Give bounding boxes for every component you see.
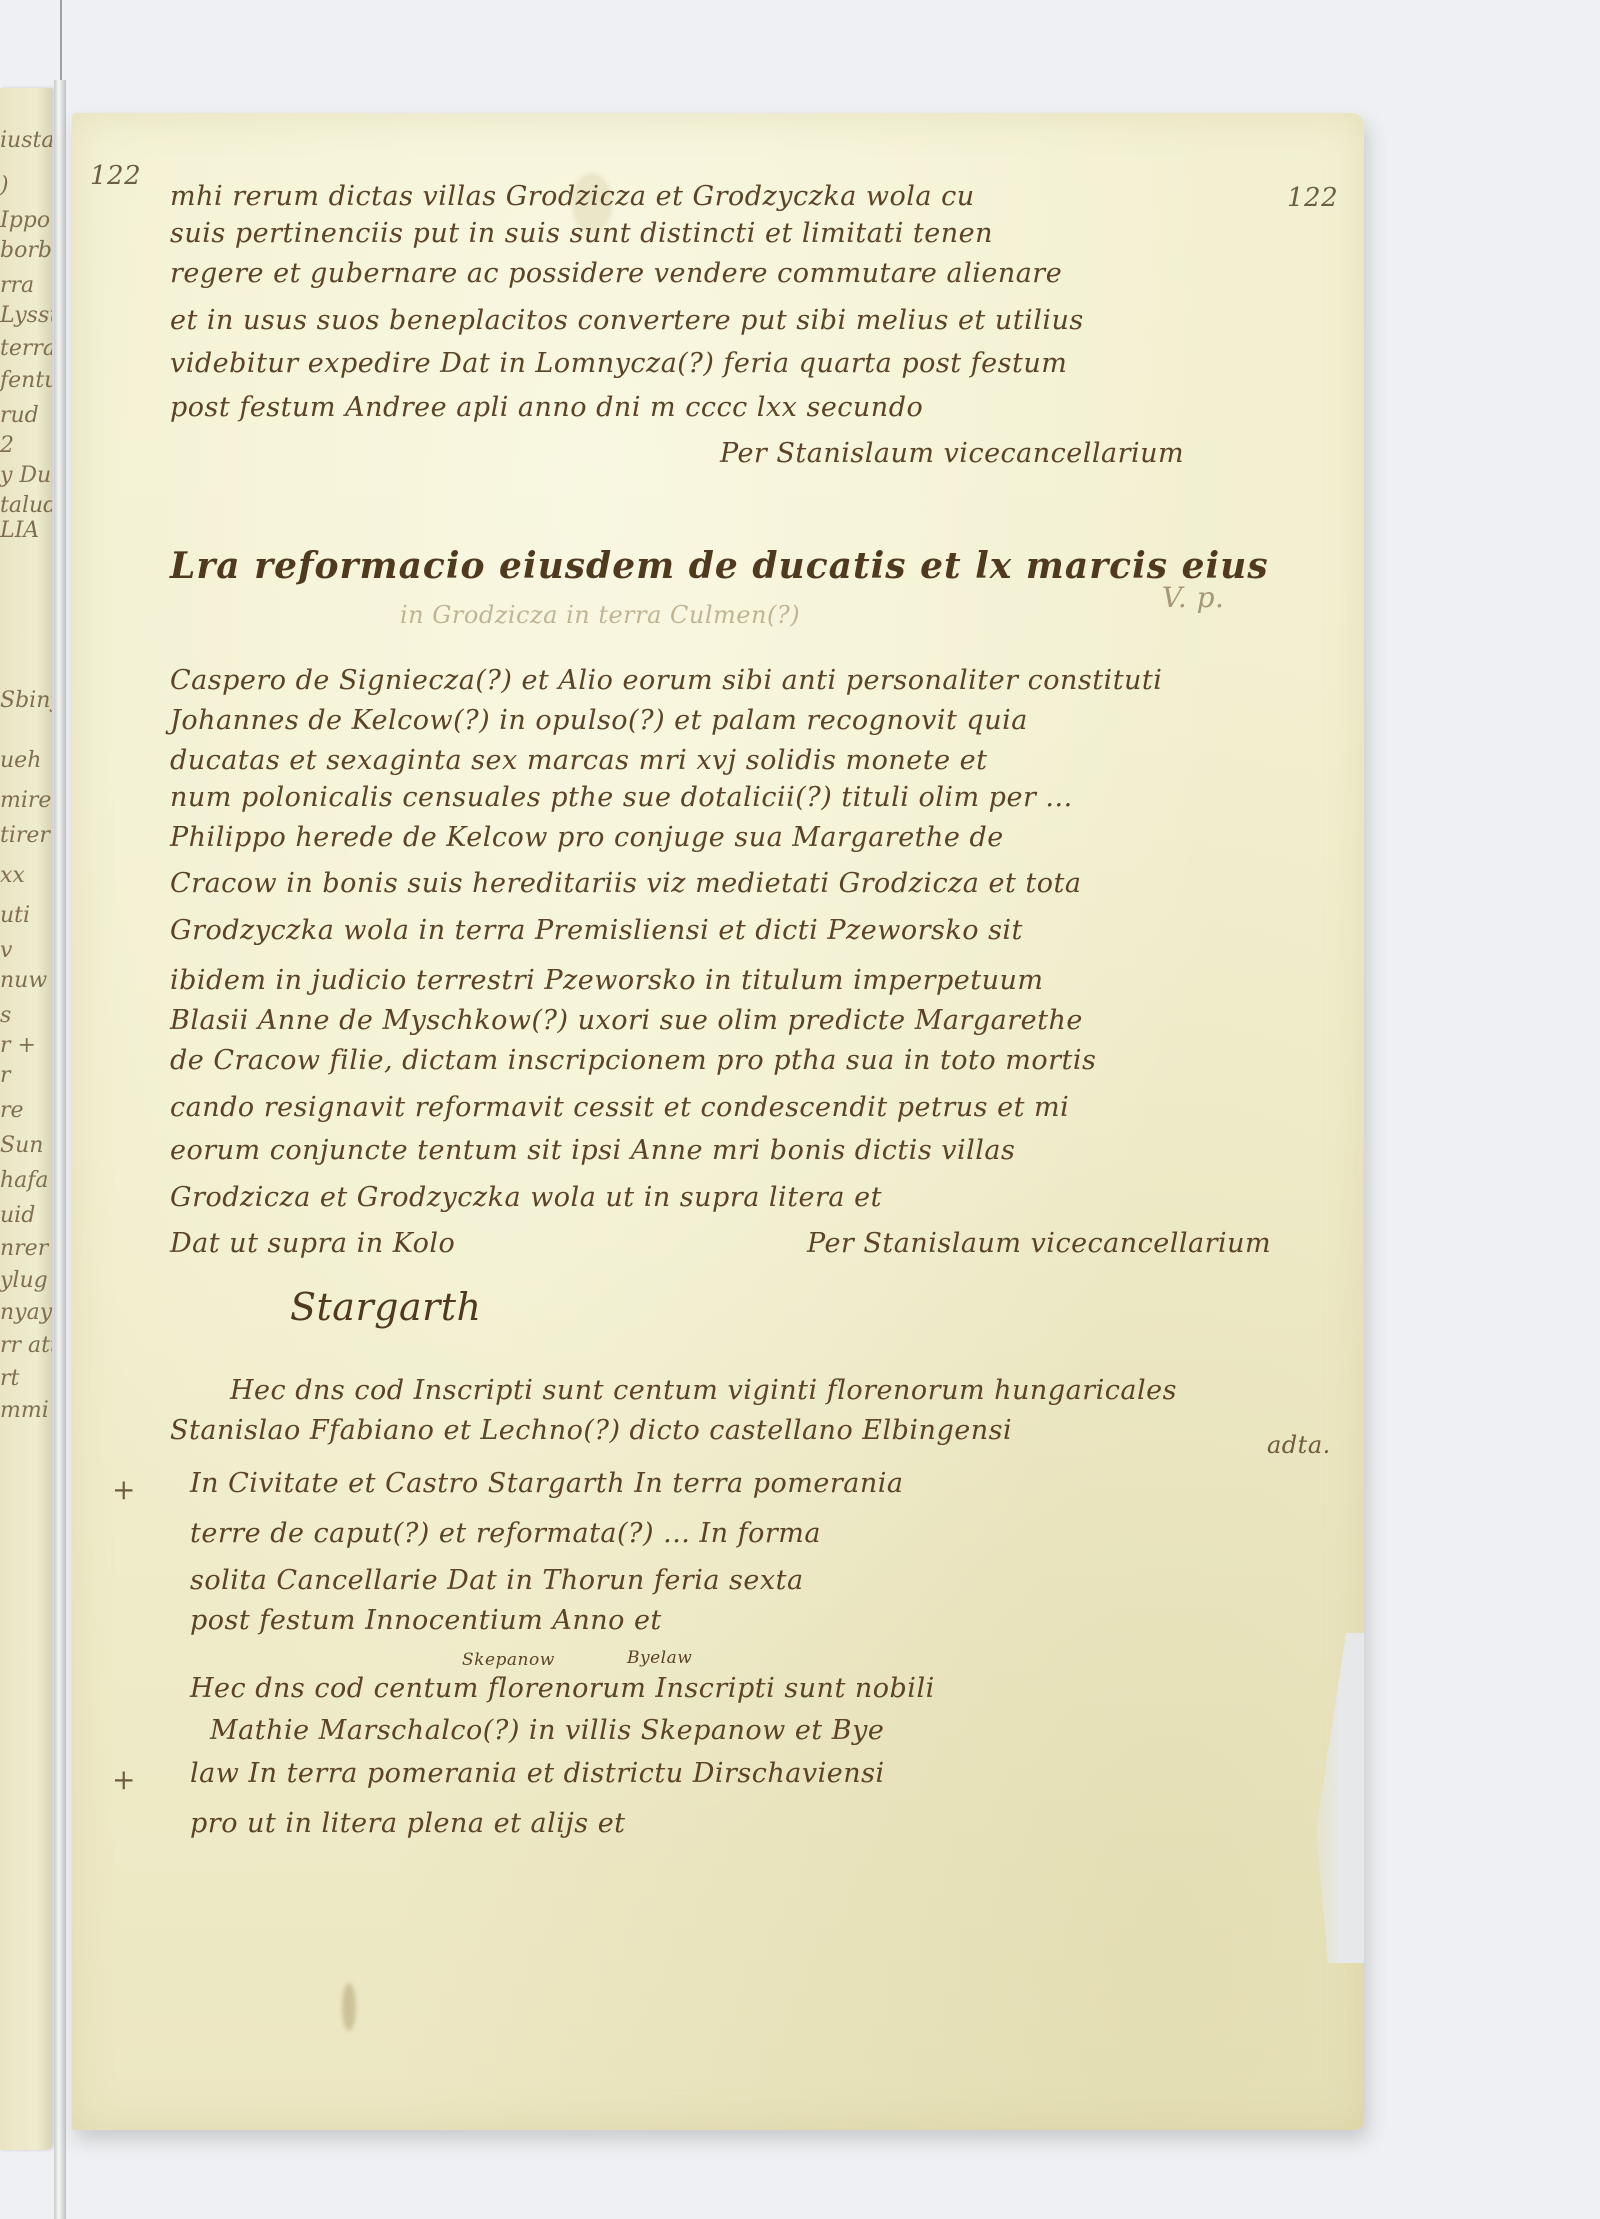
text-line: Stanislao Ffabiano et Lechno(?) dicto ca…	[170, 1415, 1012, 1446]
text-line: regere et gubernare ac possidere vendere…	[170, 258, 1062, 289]
facing-text: hafa	[0, 1168, 49, 1193]
facing-text: ylug	[0, 1268, 48, 1293]
facing-text: mmi	[0, 1398, 49, 1423]
text-line: cando resignavit reformavit cessit et co…	[170, 1092, 1069, 1123]
text-line: Caspero de Signiecza(?) et Alio eorum si…	[170, 665, 1162, 696]
facing-text: rud	[0, 403, 39, 428]
book-gutter	[54, 80, 66, 2219]
entry-heading: Lra reformacio eiusdem de ducatis et lx …	[170, 545, 1269, 587]
text-line: Cracow in bonis suis hereditariis viz me…	[170, 868, 1081, 899]
text-line: ibidem in judicio terrestri Pzeworsko in…	[170, 965, 1043, 996]
manuscript-folio: 122 122 mhi rerum dictas villas Grodzicz…	[72, 113, 1364, 2130]
facing-text: tirer	[0, 823, 50, 848]
facing-text: fentu	[0, 368, 52, 393]
facing-text: s	[0, 1003, 11, 1028]
dating-clause: Dat ut supra in Kolo	[170, 1228, 455, 1259]
text-line: Hec dns cod centum florenorum Inscripti …	[190, 1673, 935, 1704]
text-line: post festum Innocentium Anno et	[190, 1605, 662, 1636]
text-line: terre de caput(?) et reformata(?) ... In…	[190, 1518, 821, 1549]
facing-text: v	[0, 938, 12, 963]
text-line: Hec dns cod Inscripti sunt centum vigint…	[230, 1375, 1177, 1406]
facing-text: terra	[0, 336, 52, 361]
text-line: suis pertinenciis put in suis sunt disti…	[170, 218, 993, 249]
folio-number-left: 122	[90, 161, 141, 191]
text-line: Grodzyczka wola in terra Premisliensi et…	[170, 915, 1023, 946]
facing-text: talud	[0, 493, 52, 518]
margin-cross: +	[112, 1763, 136, 1796]
text-line: Johannes de Kelcow(?) in opulso(?) et pa…	[170, 705, 1028, 736]
facing-text: xx	[0, 863, 25, 888]
facing-text: re	[0, 1098, 24, 1123]
text-line: et in usus suos beneplacitos convertere …	[170, 305, 1084, 336]
text-line: Philippo herede de Kelcow pro conjuge su…	[170, 822, 1004, 853]
facing-text: Lyssu	[0, 303, 52, 328]
margin-note: adta.	[1267, 1431, 1331, 1459]
text-line: solita Cancellarie Dat in Thorun feria s…	[190, 1565, 804, 1596]
text-line: pro ut in litera plena et alijs et	[190, 1808, 626, 1839]
signature: Per Stanislaum vicecancellarium	[720, 438, 1184, 469]
facing-text: ueh	[0, 748, 41, 773]
facing-text: r	[0, 1063, 11, 1088]
ink-stain	[342, 1983, 356, 2031]
facing-text: nuw	[0, 968, 47, 993]
place-heading: Stargarth	[290, 1285, 482, 1329]
facing-text: LIA	[0, 518, 39, 543]
facing-text: nrer	[0, 1236, 48, 1261]
facing-text: nyay	[0, 1300, 52, 1325]
facing-text: uid	[0, 1203, 35, 1228]
text-line: de Cracow filie, dictam inscripcionem pr…	[170, 1045, 1096, 1076]
folio-number-right: 122	[1287, 183, 1338, 213]
facing-text: 2	[0, 433, 14, 458]
facing-text: rra	[0, 273, 34, 298]
text-line: Blasii Anne de Myschkow(?) uxori sue oli…	[170, 1005, 1083, 1036]
facing-text: iusta	[0, 128, 52, 153]
text-line: mhi rerum dictas villas Grodzicza et Gro…	[170, 181, 975, 212]
interlinear-annotation: Skepanow	[462, 1650, 555, 1670]
signature: Per Stanislaum vicecancellarium	[807, 1228, 1271, 1259]
facing-text: y Dux	[0, 463, 52, 488]
margin-note: V. p.	[1162, 581, 1224, 614]
text-line: Mathie Marschalco(?) in villis Skepanow …	[210, 1715, 884, 1746]
facing-text: uti	[0, 903, 30, 928]
torn-edge	[1304, 1633, 1364, 1963]
facing-text: )	[0, 173, 9, 198]
facing-text: rr att	[0, 1333, 52, 1358]
text-line: num polonicalis censuales pthe sue dotal…	[170, 782, 1073, 813]
text-line: eorum conjuncte tentum sit ipsi Anne mri…	[170, 1135, 1015, 1166]
facing-text: borbuig	[0, 238, 52, 263]
text-line: Grodzicza et Grodzyczka wola ut in supra…	[170, 1182, 882, 1213]
facing-text: mirer	[0, 788, 52, 813]
facing-text: Sun	[0, 1133, 43, 1158]
text-line: post festum Andree apli anno dni m cccc …	[170, 392, 923, 423]
interlinear-annotation: Byelaw	[627, 1648, 692, 1668]
margin-cross: +	[112, 1473, 136, 1506]
text-line: In Civitate et Castro Stargarth In terra…	[190, 1468, 903, 1499]
facing-text: r +	[0, 1033, 36, 1058]
text-line: videbitur expedire Dat in Lomnycza(?) fe…	[170, 348, 1067, 379]
facing-text: Sbiny	[0, 688, 52, 713]
text-line: law In terra pomerania et districtu Dirs…	[190, 1758, 885, 1789]
facing-text: Ippo	[0, 208, 50, 233]
facing-page: iusta ) Ippo borbuig rra Lyssu terra fen…	[0, 88, 52, 2150]
faded-annotation: in Grodzicza in terra Culmen(?)	[400, 601, 800, 629]
facing-text: rt	[0, 1366, 19, 1391]
text-line: ducatas et sexaginta sex marcas mri xvj …	[170, 745, 987, 776]
